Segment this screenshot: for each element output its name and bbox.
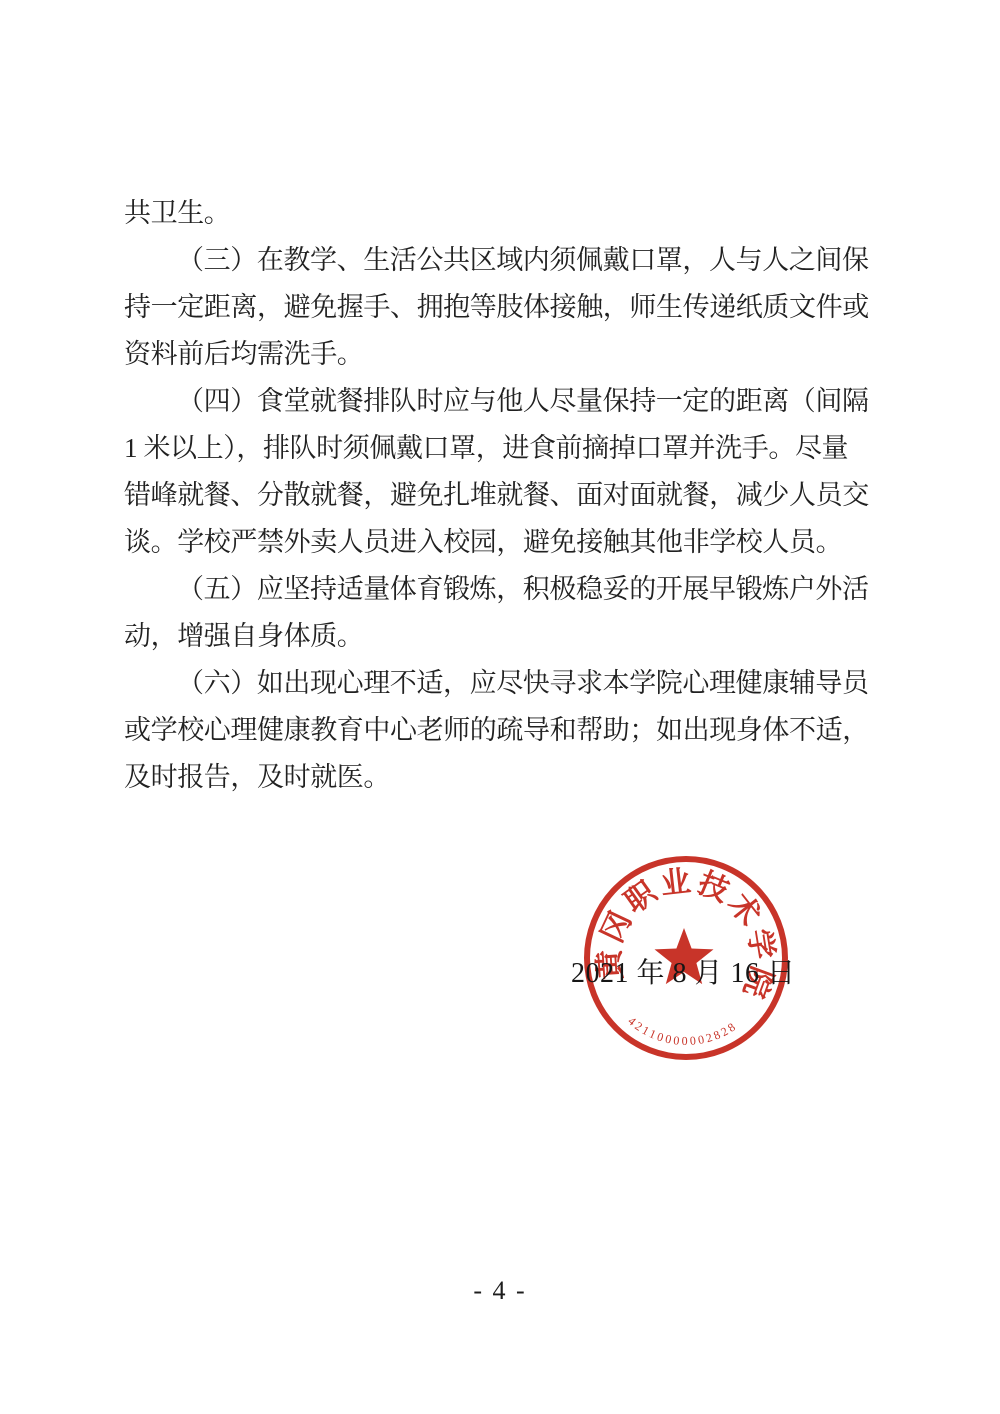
text-line: （六）如出现心理不适，应尽快寻求本学院心理健康辅导员 xyxy=(124,660,894,707)
seal-serial-text: 42110000002828 xyxy=(625,1014,740,1048)
text-line: 谈。学校严禁外卖人员进入校园，避免接触其他非学校人员。 xyxy=(124,519,894,566)
document-body: 共卫生。（三）在教学、生活公共区域内须佩戴口罩，人与人之间保持一定距离，避免握手… xyxy=(124,190,894,801)
text-line: 资料前后均需洗手。 xyxy=(124,331,894,378)
text-line: 或学校心理健康教育中心老师的疏导和帮助；如出现身体不适， xyxy=(124,707,894,754)
document-date: 2021 年 8 月 16 日 xyxy=(571,951,796,991)
text-line: 1 米以上），排队时须佩戴口罩，进食前摘掉口罩并洗手。尽量 xyxy=(124,425,894,472)
text-line: 错峰就餐、分散就餐，避免扎堆就餐、面对面就餐，减少人员交 xyxy=(124,472,894,519)
page-number: - 4 - xyxy=(0,1276,1000,1306)
text-line: （三）在教学、生活公共区域内须佩戴口罩，人与人之间保 xyxy=(124,237,894,284)
text-line: （五）应坚持适量体育锻炼，积极稳妥的开展早锻炼户外活 xyxy=(124,566,894,613)
text-line: 动，增强自身体质。 xyxy=(124,613,894,660)
seal-serial-textpath: 42110000002828 xyxy=(625,1014,740,1048)
text-line: 及时报告，及时就医。 xyxy=(124,754,894,801)
text-line: 共卫生。 xyxy=(124,190,894,237)
text-line: （四）食堂就餐排队时应与他人尽量保持一定的距离（间隔 xyxy=(124,378,894,425)
text-line: 持一定距离，避免握手、拥抱等肢体接触，师生传递纸质文件或 xyxy=(124,284,894,331)
document-page: 共卫生。（三）在教学、生活公共区域内须佩戴口罩，人与人之间保持一定距离，避免握手… xyxy=(0,0,1000,1414)
